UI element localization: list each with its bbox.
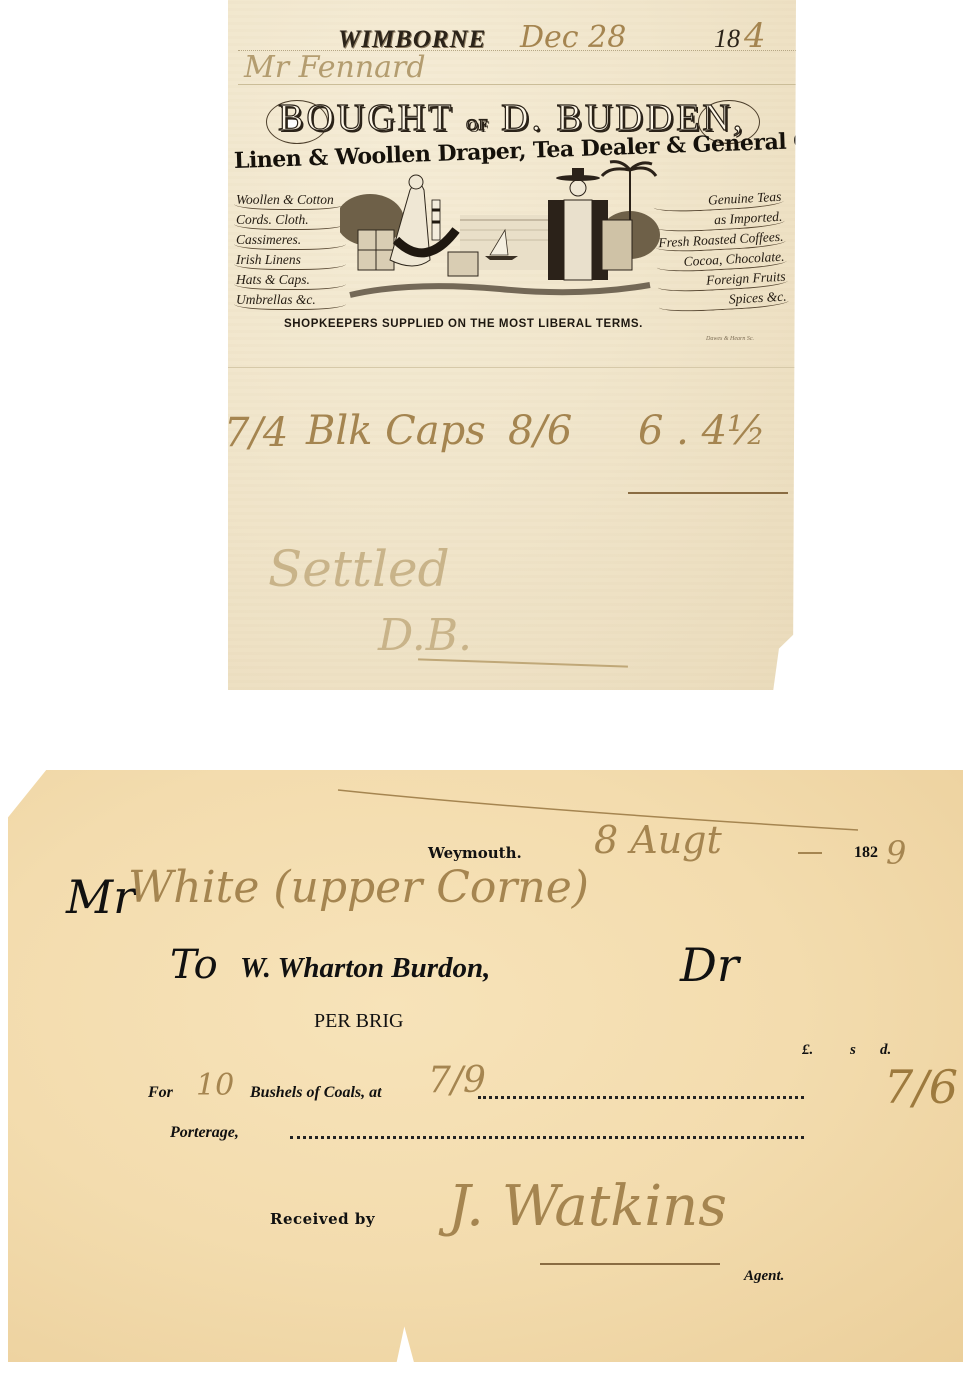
porterage-label: Porterage,	[170, 1124, 239, 1142]
goods-item: Hats & Caps.	[234, 270, 346, 290]
agent-label: Agent.	[744, 1268, 784, 1285]
goods-item: Umbrellas &c.	[234, 290, 346, 310]
goods-item: Genuine Teas	[653, 187, 784, 214]
item-rate: 8/6	[508, 408, 572, 454]
received-by-label: Received by	[270, 1210, 375, 1228]
burdon-receipt: Weymouth. 8 Augt 182 9 Mr White (upper C…	[8, 770, 963, 1362]
town-name: WIMBORNE	[338, 26, 486, 54]
goods-item: as Imported.	[654, 207, 785, 234]
heading-of: OF	[466, 117, 488, 134]
signature-flourish	[418, 658, 628, 667]
total-rule	[628, 492, 788, 494]
date-handwritten: Dec 28	[520, 20, 626, 55]
shillings-header: s	[850, 1042, 856, 1059]
date-flourish	[328, 770, 868, 840]
coal-rate: 7/9	[428, 1060, 486, 1101]
agent-signature: J. Watkins	[448, 1174, 727, 1239]
item-description: Blk Caps	[306, 408, 486, 454]
for-label: For	[148, 1084, 173, 1102]
goods-item: Cords. Cloth.	[234, 210, 346, 230]
dr-label: Dr	[680, 938, 739, 992]
goods-item: Foreign Fruits	[657, 267, 788, 294]
engraver-credit: Dawes & Hearn Sc.	[706, 336, 754, 342]
bought-of-heading: BOUGHT OF D. BUDDEN,	[278, 96, 745, 140]
goods-item: Cocoa, Chocolate.	[656, 247, 787, 274]
year-handwritten: 9	[886, 834, 906, 872]
porterage-leader-dots	[290, 1136, 804, 1139]
signature-underline	[540, 1263, 720, 1265]
goods-item: Irish Linens	[234, 250, 346, 270]
coal-description: Bushels of Coals, at	[250, 1084, 382, 1102]
goods-list-drapery: Woollen & Cotton Cords. Cloth. Cassimere…	[234, 190, 346, 310]
heading-merchant: D. BUDDEN,	[501, 97, 745, 139]
paper-hole	[286, 116, 300, 128]
year-printed: 18	[714, 24, 740, 54]
customer-handwritten: Mr Fennard	[244, 50, 426, 85]
initials: D.B.	[378, 610, 472, 661]
goods-item: Woollen & Cotton	[234, 190, 346, 210]
flourish-left	[266, 100, 328, 144]
trade-vignette-illustration	[340, 160, 660, 310]
goods-item: Fresh Roasted Coffees.	[655, 227, 786, 254]
flourish-right	[698, 100, 760, 144]
year-handwritten: 4	[744, 16, 766, 56]
goods-item: Cassimeres.	[234, 230, 346, 250]
pounds-header: £.	[802, 1042, 813, 1059]
place-name: Weymouth.	[428, 844, 522, 862]
date-rule	[238, 50, 796, 51]
terms-line: SHOPKEEPERS SUPPLIED ON THE MOST LIBERAL…	[284, 318, 643, 330]
merchant-name: W. Wharton Burdon,	[240, 952, 490, 985]
customer-handwritten: White (upper Corne)	[128, 862, 589, 913]
to-label: To	[170, 942, 218, 988]
coal-amount: 7/6	[884, 1060, 958, 1114]
heading-bought: BOUGHT	[278, 97, 454, 139]
per-brig-label: PER BRIG	[314, 1010, 403, 1033]
item-quantity: 7/4	[224, 410, 288, 456]
settled-note: Settled	[268, 540, 450, 598]
goods-list-grocery: Genuine Teas as Imported. Fresh Roasted …	[653, 187, 789, 314]
pence-header: d.	[880, 1042, 891, 1059]
salutation-mr: Mr	[66, 870, 135, 924]
coal-quantity: 10	[196, 1068, 234, 1103]
date-dash	[798, 852, 822, 854]
item-amount: 6 . 4½	[638, 408, 766, 454]
coal-leader-dots	[478, 1096, 804, 1099]
fold-line	[228, 367, 796, 368]
budden-receipt: WIMBORNE Dec 28 18 4 Mr Fennard BOUGHT O…	[228, 0, 796, 690]
year-printed: 182	[854, 844, 878, 862]
customer-rule	[238, 84, 796, 85]
goods-item: Spices &c.	[658, 287, 789, 314]
